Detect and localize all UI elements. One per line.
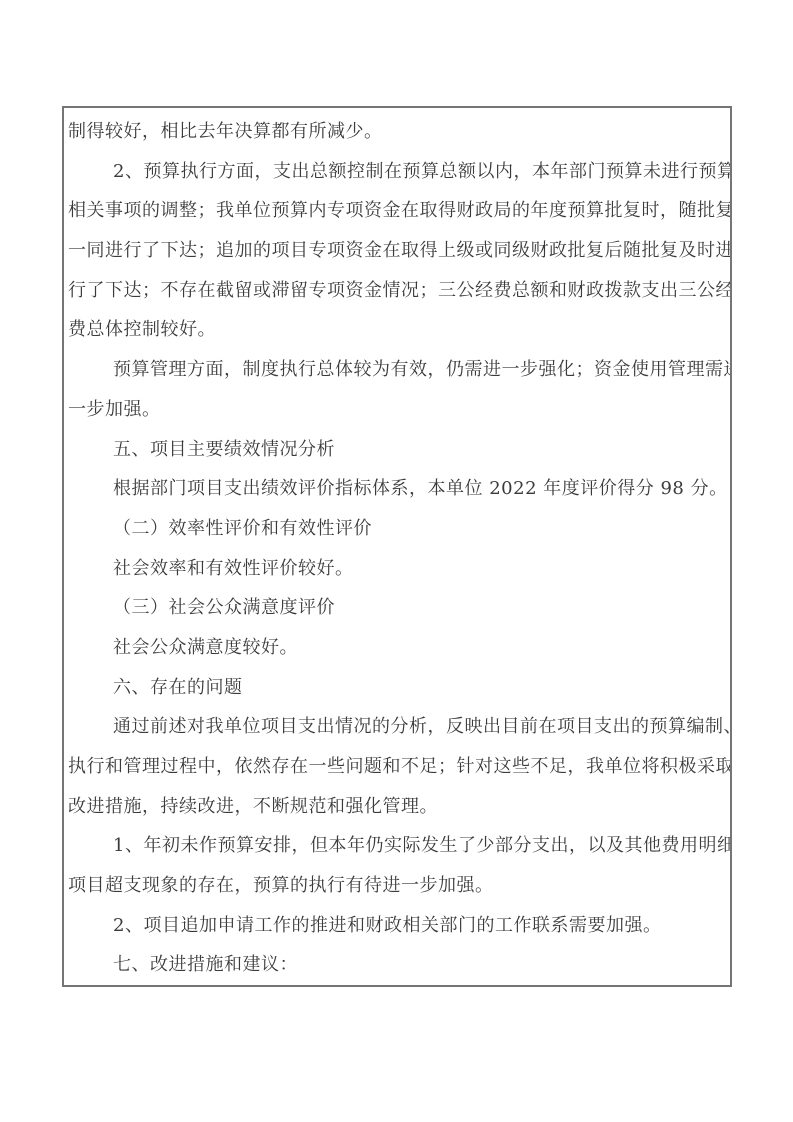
text-line: 改进措施，持续改进，不断规范和强化管理。 (64, 787, 730, 827)
sub-heading: （三）社会公众满意度评价 (64, 588, 730, 628)
text-line: 预算管理方面，制度执行总体较为有效，仍需进一步强化；资金使用管理需进 (64, 350, 730, 390)
text-line: 通过前述对我单位项目支出情况的分析，反映出目前在项目支出的预算编制、 (64, 707, 730, 747)
text-line: 执行和管理过程中，依然存在一些问题和不足；针对这些不足，我单位将积极采取 (64, 747, 730, 787)
report-page: 制得较好，相比去年决算都有所减少。 2、预算执行方面，支出总额控制在预算总额以内… (0, 0, 793, 1122)
text-line: 1、年初未作预算安排，但本年仍实际发生了少部分支出，以及其他费用明细 (64, 826, 730, 866)
text-line: 一同进行了下达；追加的项目专项资金在取得上级或同级财政批复后随批复及时进 (64, 231, 730, 271)
section-heading: 七、改进措施和建议： (64, 945, 730, 985)
text-line: 费总体控制较好。 (64, 310, 730, 350)
section-heading: 六、存在的问题 (64, 668, 730, 708)
text-line: 行了下达；不存在截留或滞留专项资金情况；三公经费总额和财政拨款支出三公经 (64, 271, 730, 311)
text-line: 相关事项的调整；我单位预算内专项资金在取得财政局的年度预算批复时，随批复 (64, 191, 730, 231)
text-line: 制得较好，相比去年决算都有所减少。 (64, 112, 730, 152)
text-line: 2、预算执行方面，支出总额控制在预算总额以内，本年部门预算未进行预算 (64, 152, 730, 192)
text-line: 一步加强。 (64, 390, 730, 430)
text-line: 社会公众满意度较好。 (64, 628, 730, 668)
table-cell: 制得较好，相比去年决算都有所减少。 2、预算执行方面，支出总额控制在预算总额以内… (62, 106, 732, 987)
text-line: 2、项目追加申请工作的推进和财政相关部门的工作联系需要加强。 (64, 906, 730, 946)
section-heading: 五、项目主要绩效情况分析 (64, 430, 730, 470)
text-line: 根据部门项目支出绩效评价指标体系，本单位 2022 年度评价得分 98 分。 (64, 469, 730, 509)
text-line: 项目超支现象的存在，预算的执行有待进一步加强。 (64, 866, 730, 906)
sub-heading: （二）效率性评价和有效性评价 (64, 509, 730, 549)
text-line: 社会效率和有效性评价较好。 (64, 549, 730, 589)
